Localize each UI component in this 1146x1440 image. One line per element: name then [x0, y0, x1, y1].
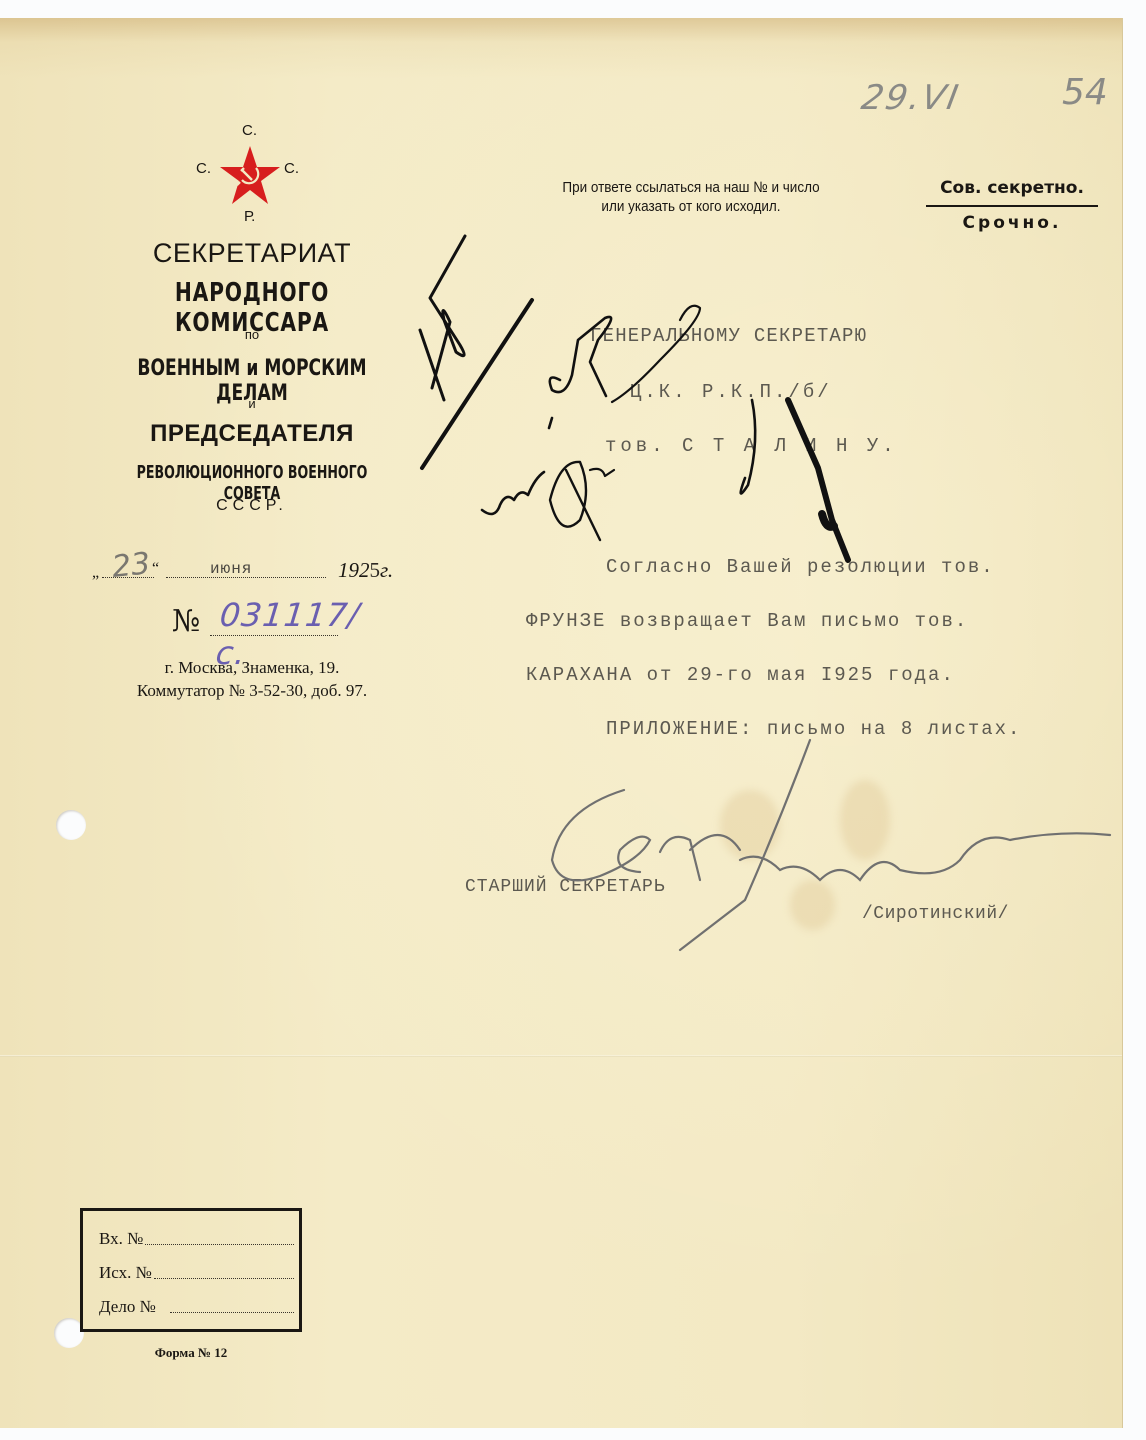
case-number-field: Дело №	[99, 1297, 294, 1317]
date-year-prefix: 192	[338, 558, 370, 582]
date-month: июня	[210, 560, 252, 578]
form-number: Форма № 12	[80, 1345, 302, 1361]
classification-divider	[926, 205, 1098, 207]
document-number-field: № 031117/с.	[172, 600, 372, 642]
signatory-name: /Сиротинский/	[862, 904, 1009, 924]
registration-box: Вх. № Исх. № Дело №	[80, 1208, 302, 1332]
paper-stain	[840, 780, 890, 860]
date-day-handwritten: 23	[110, 546, 152, 585]
outgoing-number-field: Исх. №	[99, 1263, 294, 1283]
emblem-letter-top: С.	[242, 122, 257, 139]
letterhead-chairman: ПРЕДСЕДАТЕЛЯ	[62, 420, 442, 448]
classification-urgent: Срочно.	[922, 213, 1102, 233]
archive-date-pencil: 29.VI	[858, 78, 962, 118]
address-line: г. Москва, Знаменка, 19.	[82, 658, 422, 678]
signatory-title: СТАРШИЙ СЕКРЕТАРЬ	[465, 877, 666, 897]
number-sign: №	[172, 604, 200, 639]
emblem-letter-right: С.	[284, 160, 299, 177]
addressee-organization: Ц.К. Р.К.П./б/	[630, 381, 832, 403]
phone-line: Коммутатор № 3-52-30, доб. 97.	[82, 681, 422, 701]
attachment-line: ПРИЛОЖЕНИЕ: письмо на 8 листах.	[606, 718, 1021, 740]
letterhead-ussr: СССР.	[62, 497, 442, 515]
paper-stain	[720, 790, 780, 860]
reply-note-line1: При ответе ссылаться на наш № и число	[507, 178, 876, 197]
body-line: КАРАХАНА от 29-го мая I925 года.	[526, 664, 955, 686]
reply-instructions: При ответе ссылаться на наш № и число ил…	[507, 178, 876, 216]
addressee-name: тов. С Т А Л И Н У.	[605, 435, 898, 457]
incoming-number-dots	[145, 1244, 294, 1245]
reply-note-line2: или указать от кого исходил.	[507, 197, 876, 216]
letterhead-emblem: С. С. С. Р.	[196, 122, 308, 230]
emblem-letter-bottom: Р.	[244, 208, 255, 225]
punch-hole	[56, 810, 86, 840]
incoming-number-label: Вх. №	[99, 1229, 143, 1249]
date-open-quote: „	[92, 564, 99, 582]
paper-stain	[790, 880, 835, 930]
incoming-number-field: Вх. №	[99, 1229, 294, 1249]
date-year: 1925г.	[338, 558, 393, 583]
date-year-suffix: г.	[380, 558, 393, 582]
outgoing-number-label: Исх. №	[99, 1263, 152, 1283]
archive-page-number: 54	[1062, 72, 1108, 113]
emblem-letter-left: С.	[196, 160, 211, 177]
classification-top-secret: Сов. секретно.	[922, 178, 1102, 198]
letterhead-secretariat: СЕКРЕТАРИАТ	[62, 238, 442, 269]
date-year-digit: 5	[370, 558, 381, 582]
addressee-title: ГЕНЕРАЛЬНОМУ СЕКРЕТАРЮ	[590, 325, 867, 347]
letterhead-and: и	[62, 396, 442, 411]
case-number-dots	[170, 1312, 294, 1313]
date-field: „ 23 “ июня 1925г.	[92, 558, 422, 586]
letterhead-po: по	[62, 327, 442, 342]
outgoing-number-dots	[154, 1278, 294, 1279]
case-number-label: Дело №	[99, 1297, 156, 1317]
body-line: ФРУНЗЕ возвращает Вам письмо тов.	[526, 610, 968, 632]
date-close-quote: “	[152, 560, 159, 578]
red-star-hammer-sickle-icon	[220, 146, 280, 204]
body-line: Согласно Вашей резолюции тов.	[606, 556, 995, 578]
paper-fold	[0, 1055, 1122, 1057]
